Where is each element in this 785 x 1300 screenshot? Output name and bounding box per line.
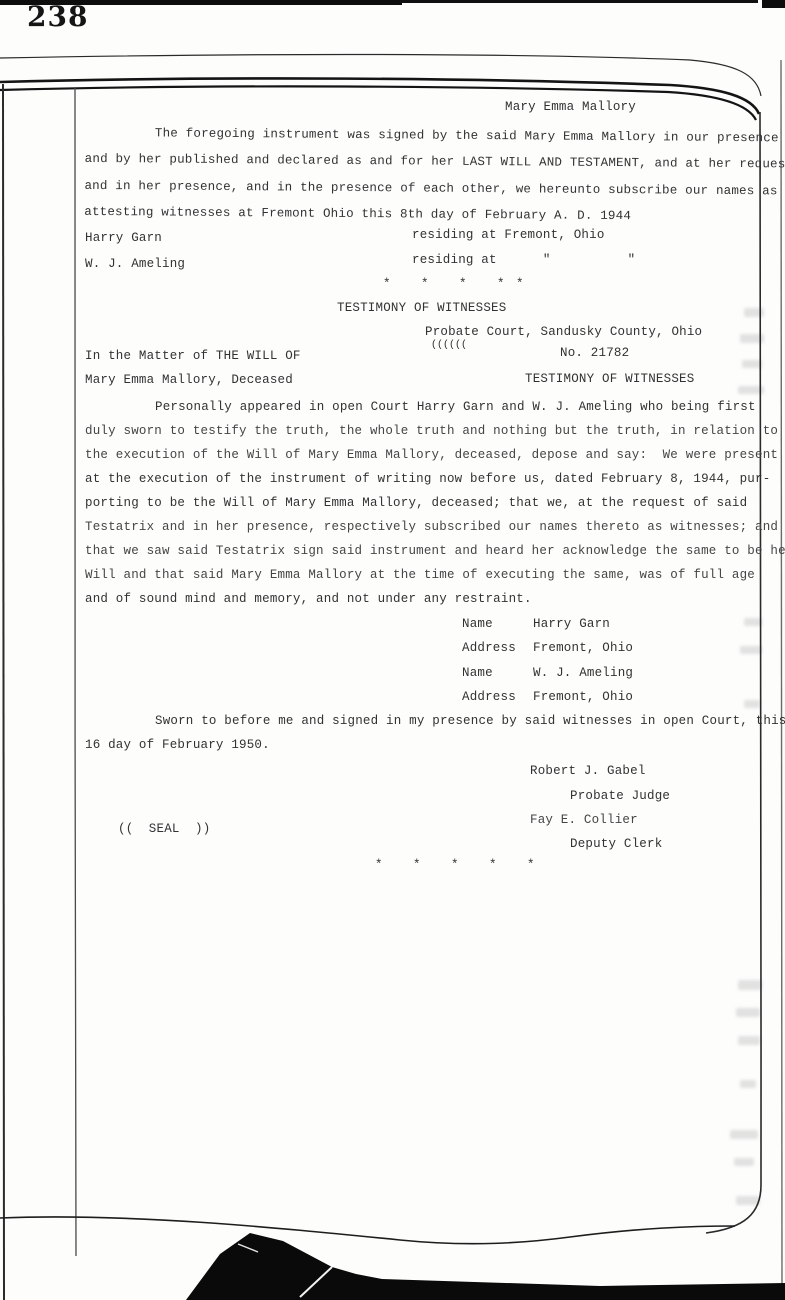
- asterisk-separator: * * * * *: [375, 858, 537, 873]
- testimony-body-line: porting to be the Will of Mary Emma Mall…: [85, 496, 747, 511]
- attestation-line: The foregoing instrument was signed by t…: [155, 126, 779, 146]
- testimony-body-line: Will and that said Mary Emma Mallory at …: [85, 568, 755, 583]
- section-title: TESTIMONY OF WITNESSES: [337, 301, 506, 316]
- jurat-line: Sworn to before me and signed in my pres…: [155, 714, 785, 729]
- testimony-body-line: Personally appeared in open Court Harry …: [155, 400, 756, 415]
- document-page: 238 Mary Emma Mallory The foregoing inst…: [0, 0, 785, 1300]
- attestation-line: and by her published and declared as and…: [85, 152, 785, 173]
- witness-detail-label: Address: [462, 690, 516, 705]
- testimony-body-line: at the execution of the instrument of wr…: [85, 472, 770, 487]
- attestation-line: attesting witnesses at Fremont Ohio this…: [84, 205, 631, 224]
- case-caption-brace-icon: ((((((: [431, 341, 439, 393]
- testimony-body-line: and of sound mind and memory, and not un…: [85, 592, 532, 607]
- witness-residence: residing at " ": [412, 253, 635, 268]
- court-name: Probate Court, Sandusky County, Ohio: [425, 325, 702, 340]
- testimony-body-line: that we saw said Testatrix sign said ins…: [85, 544, 785, 559]
- scan-artifact-top-bar: [0, 0, 402, 5]
- scan-artifact-top-bar: [400, 0, 758, 3]
- jurat-line: 16 day of February 1950.: [85, 738, 270, 753]
- witness-name: Harry Garn: [85, 231, 162, 246]
- caption-matter-line: In the Matter of THE WILL OF: [85, 349, 301, 364]
- signature-name: Robert J. Gabel: [530, 764, 646, 779]
- attestation-line: and in her presence, and in the presence…: [84, 179, 777, 199]
- testimony-body-line: duly sworn to testify the truth, the who…: [85, 424, 778, 439]
- seal-notation: (( SEAL )): [118, 822, 210, 837]
- witness-detail-label: Name: [462, 617, 493, 632]
- witness-detail-value: Harry Garn: [533, 617, 610, 632]
- asterisk-separator: * * * * *: [383, 277, 526, 292]
- witness-detail-value: W. J. Ameling: [533, 666, 633, 681]
- witness-detail-value: Fremont, Ohio: [533, 690, 633, 705]
- signature-title: Deputy Clerk: [570, 837, 662, 852]
- testimony-body-line: Testatrix and in her presence, respectiv…: [85, 520, 778, 535]
- signature-name: Fay E. Collier: [530, 813, 638, 828]
- witness-residence: residing at Fremont, Ohio: [412, 228, 605, 243]
- scan-artifact-top-corner: [762, 0, 785, 8]
- signature-title: Probate Judge: [570, 789, 670, 804]
- witness-name: W. J. Ameling: [85, 257, 185, 272]
- case-number: No. 21782: [560, 346, 629, 361]
- witness-detail-value: Fremont, Ohio: [533, 641, 633, 656]
- witness-detail-label: Name: [462, 666, 493, 681]
- testimony-body-line: the execution of the Will of Mary Emma M…: [85, 448, 778, 463]
- caption-title: TESTIMONY OF WITNESSES: [525, 372, 694, 387]
- witness-detail-label: Address: [462, 641, 516, 656]
- caption-decedent-line: Mary Emma Mallory, Deceased: [85, 373, 293, 388]
